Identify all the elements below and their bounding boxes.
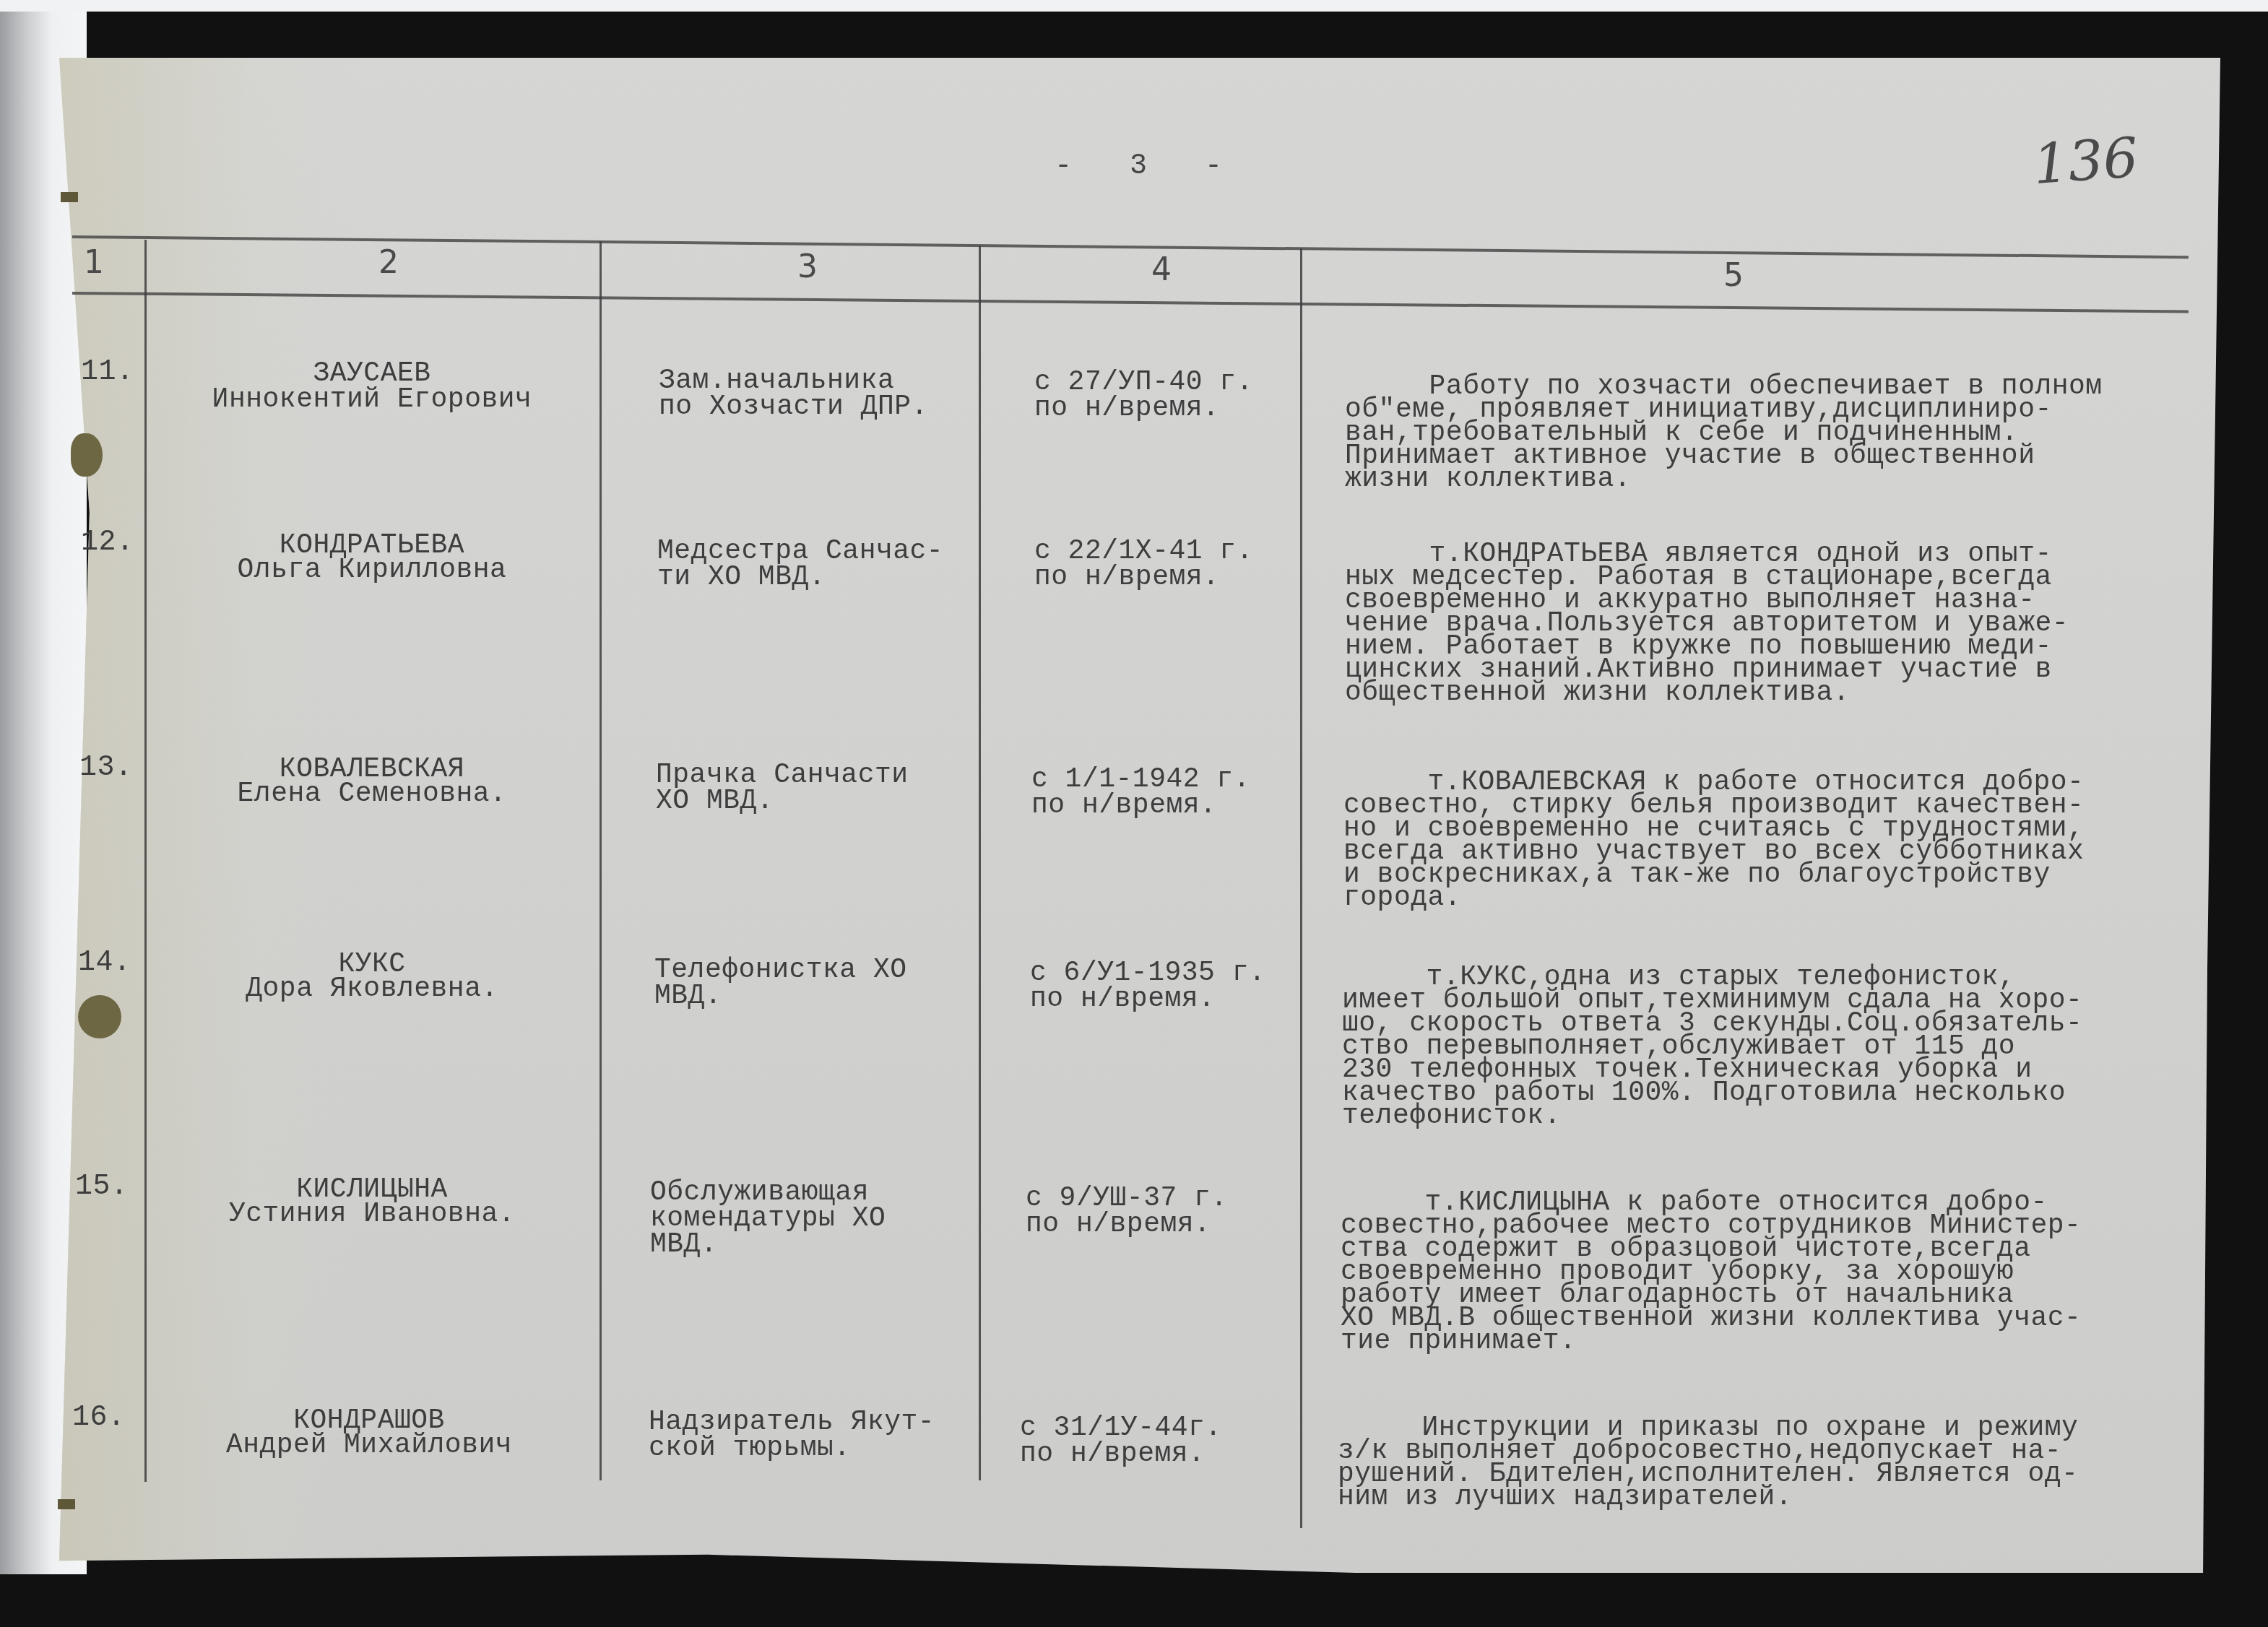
column-header-4: 4 xyxy=(1151,251,1172,288)
folder-edge xyxy=(0,0,2268,12)
column-header-1: 1 xyxy=(84,244,104,281)
row-number: 11. xyxy=(81,360,134,386)
employee-characteristic: т.КОВАЛЕВСКАЯ к работе относится добро- … xyxy=(1343,771,2084,910)
employee-position: Прачка Санчасти ХО МВД. xyxy=(656,763,909,815)
row-number: 13. xyxy=(79,755,133,781)
binder-mark-icon xyxy=(61,192,78,202)
employee-given-names: Елена Семеновна. xyxy=(144,781,600,807)
column-divider xyxy=(979,246,981,1480)
employee-surname: ЗАУСАЕВ xyxy=(144,361,600,387)
employee-position: Зам.начальника по Хозчасти ДПР. xyxy=(659,368,928,420)
column-header-5: 5 xyxy=(1723,257,1744,294)
column-header-2: 2 xyxy=(378,244,399,281)
employee-position: Телефонистка ХО МВД. xyxy=(654,958,907,1010)
employment-period: с 22/1Х-41 г. по н/время. xyxy=(1034,539,1253,591)
employee-given-names: Ольга Кирилловна xyxy=(144,557,600,583)
employment-period: с 27/УП-40 г. по н/время. xyxy=(1034,370,1253,422)
handwritten-folio-number: 136 xyxy=(2031,125,2140,196)
column-divider xyxy=(600,241,602,1480)
binder-mark-icon xyxy=(58,1499,75,1509)
employee-characteristic: т.КОНДРАТЬЕВА является одной из опыт- ны… xyxy=(1345,543,2069,705)
employment-period: с 9/УШ-37 г. по н/время. xyxy=(1026,1186,1228,1238)
column-divider xyxy=(144,240,147,1482)
employee-position: Обслуживающая комендатуры ХО МВД. xyxy=(650,1180,886,1258)
employee-characteristic: Работу по хозчасти обеспечивает в полном… xyxy=(1345,376,2103,491)
row-number: 15. xyxy=(75,1174,129,1200)
punch-hole-icon xyxy=(78,995,121,1038)
employee-given-names: Устиния Ивановна. xyxy=(144,1202,600,1228)
row-number: 12. xyxy=(81,530,134,556)
page-number: - 3 - xyxy=(1055,150,1242,183)
employee-given-names: Иннокентий Егорович xyxy=(144,387,600,413)
employee-characteristic: Инструкции и приказы по охране и режиму … xyxy=(1338,1417,2078,1509)
column-header-3: 3 xyxy=(797,248,818,285)
column-divider xyxy=(1300,248,1302,1528)
employment-period: с 31/1У-44г. по н/время. xyxy=(1020,1415,1222,1467)
employee-characteristic: т.КУКС,одна из старых телефонисток, имее… xyxy=(1342,966,2082,1128)
punch-hole-icon xyxy=(71,433,103,477)
row-number: 14. xyxy=(78,950,131,976)
employee-characteristic: т.КИСЛИЦЫНА к работе относится добро- со… xyxy=(1341,1192,2081,1353)
employment-period: с 6/У1-1935 г. по н/время. xyxy=(1030,960,1265,1012)
row-number: 16. xyxy=(72,1405,126,1431)
employee-position: Надзиратель Якут- ской тюрьмы. xyxy=(649,1410,935,1462)
employee-given-names: Дора Яковлевна. xyxy=(144,976,600,1002)
employee-given-names: Андрей Михайлович xyxy=(142,1433,597,1459)
employment-period: с 1/1-1942 г. по н/время. xyxy=(1031,767,1250,819)
employee-position: Медсестра Санчас- ти ХО МВД. xyxy=(657,539,943,591)
